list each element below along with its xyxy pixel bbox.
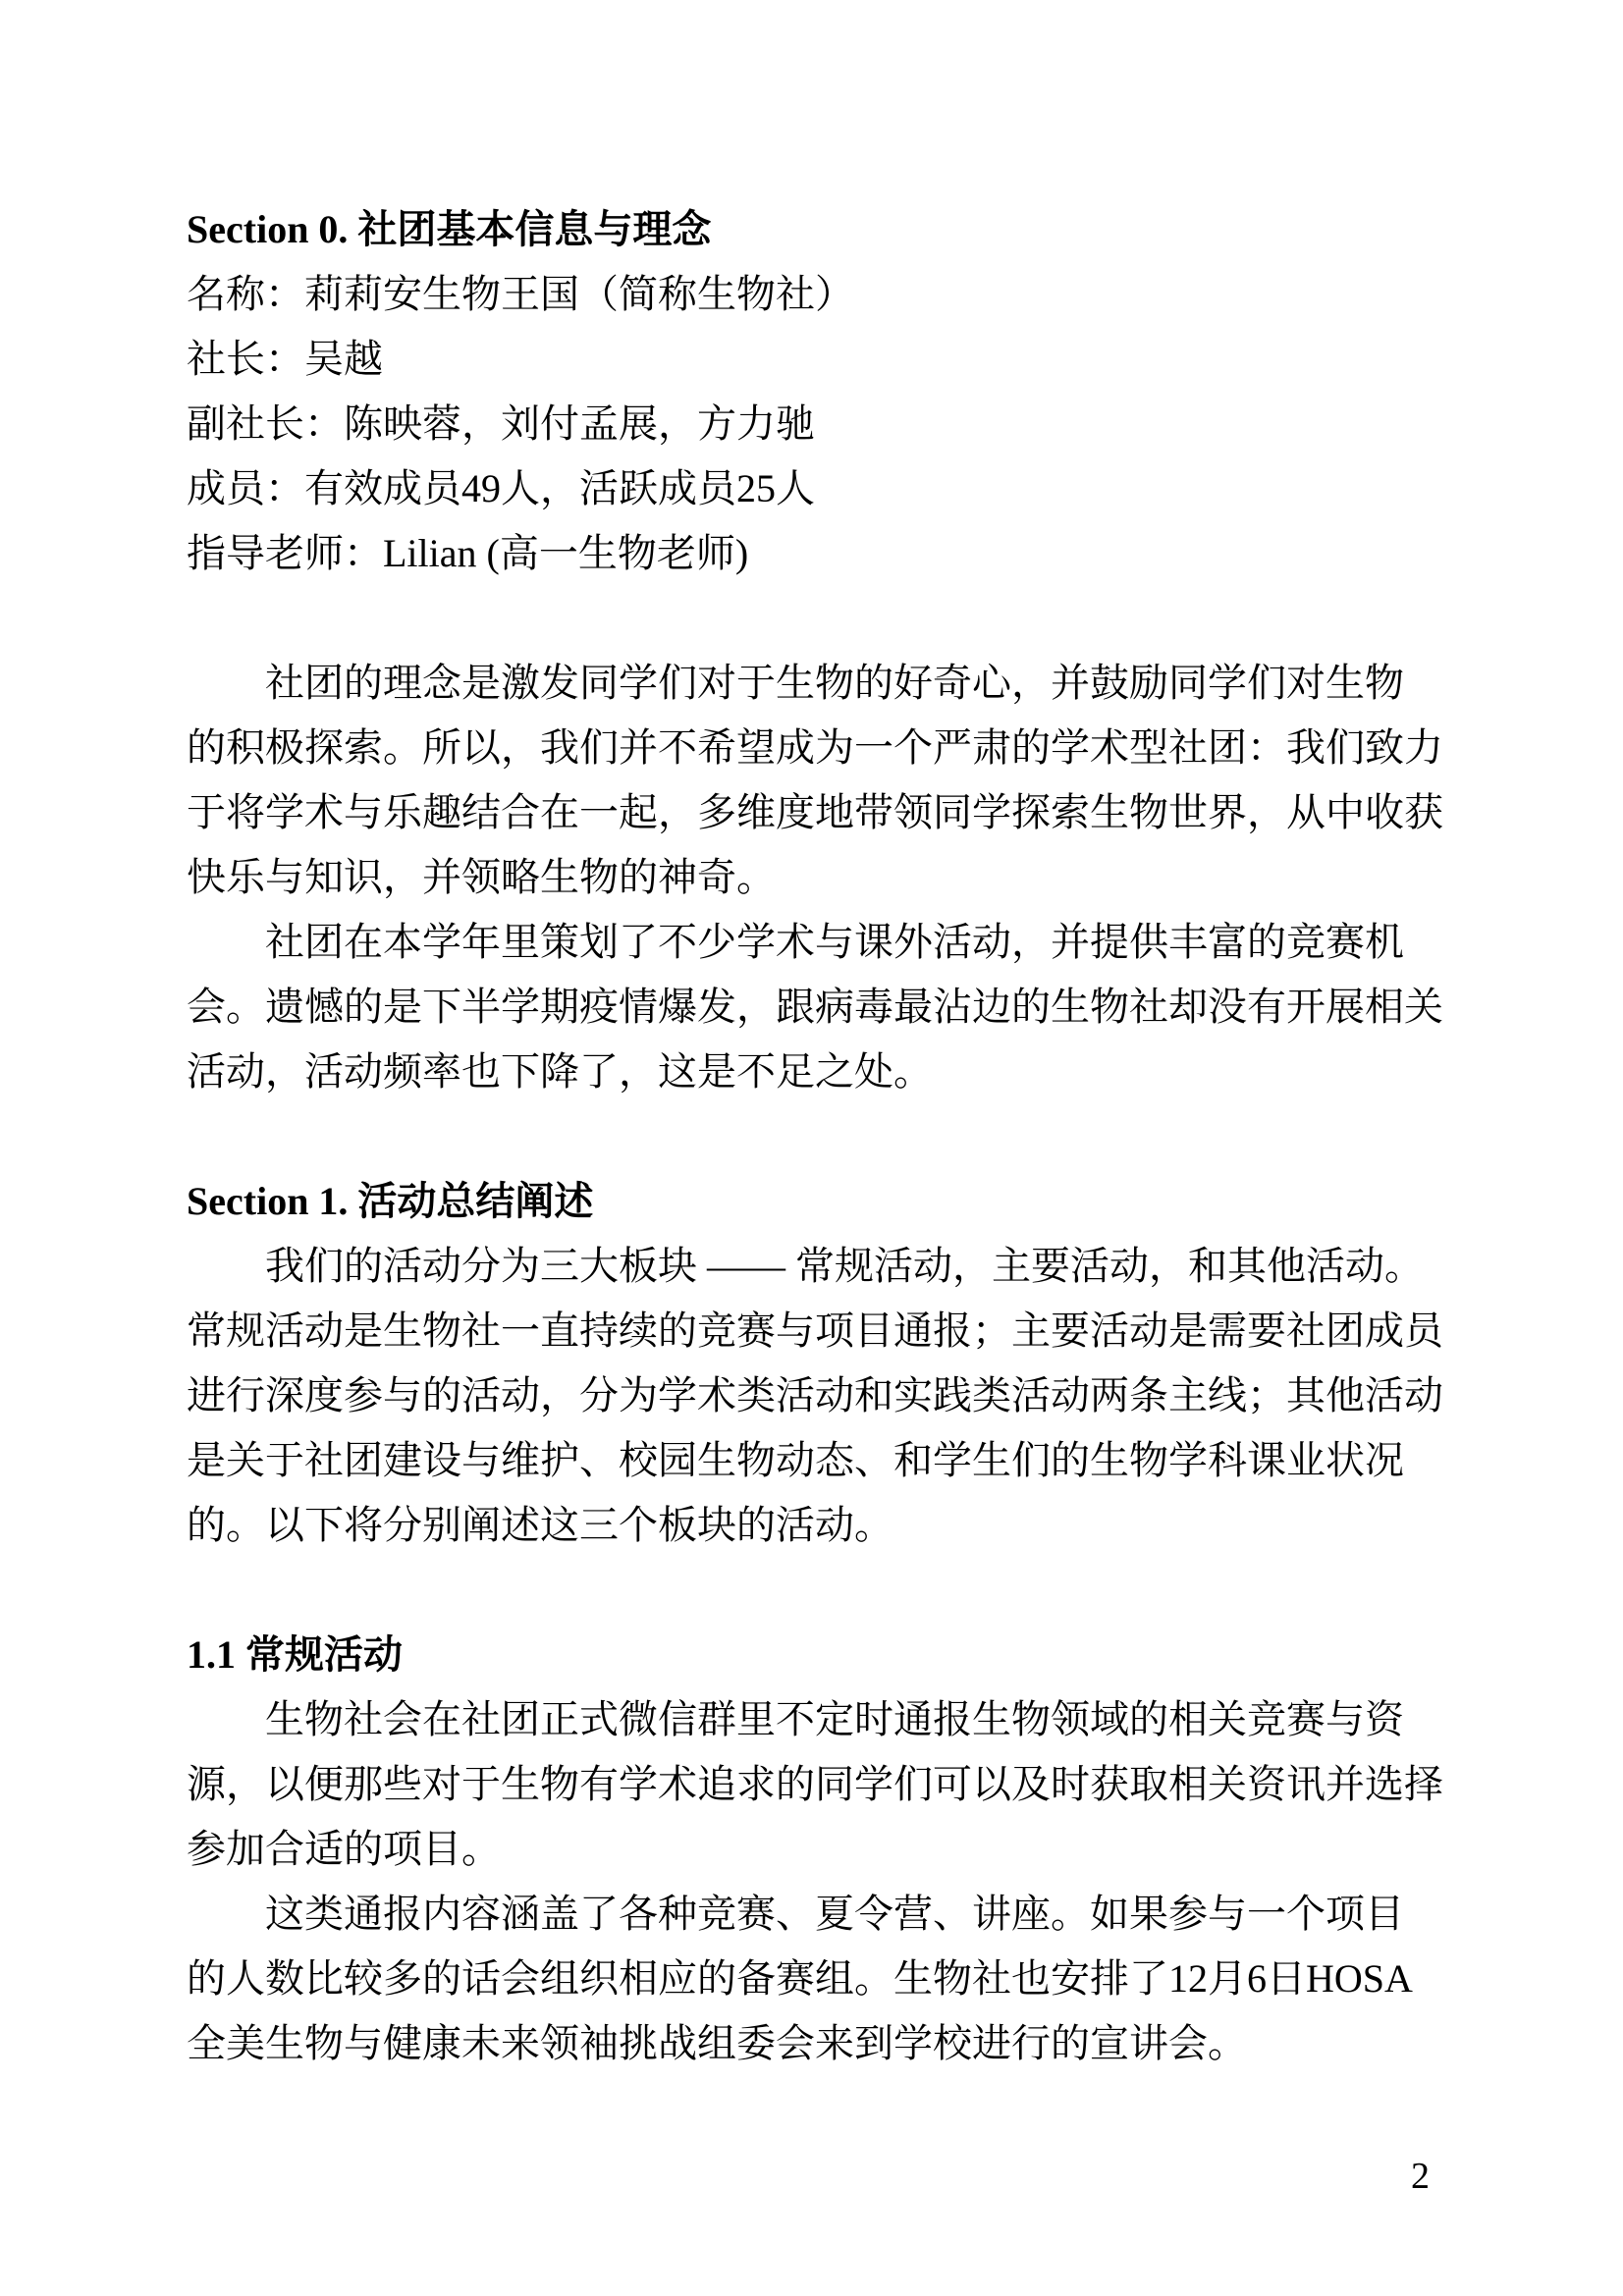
blank-line — [187, 586, 1420, 651]
info-line-members: 成员：有效成员49人，活跃成员25人 — [187, 456, 1420, 521]
paragraph-line: 的。以下将分别阐述这三个板块的活动。 — [187, 1493, 1420, 1558]
document-page: Section 0. 社团基本信息与理念 名称：莉莉安生物王国（简称生物社） 社… — [0, 0, 1623, 2296]
paragraph-line: 于将学术与乐趣结合在一起，多维度地带领同学探索生物世界，从中收获 — [187, 780, 1420, 845]
paragraph-line: 的积极探索。所以，我们并不希望成为一个严肃的学术型社团：我们致力 — [187, 716, 1420, 780]
paragraph-line: 快乐与知识，并领略生物的神奇。 — [187, 845, 1420, 910]
paragraph-line: 社团的理念是激发同学们对于生物的好奇心，并鼓励同学们对生物 — [187, 651, 1420, 716]
paragraph-line: 这类通报内容涵盖了各种竞赛、夏令营、讲座。如果参与一个项目 — [187, 1882, 1420, 1947]
paragraph-line: 会。遗憾的是下半学期疫情爆发，跟病毒最沾边的生物社却没有开展相关 — [187, 975, 1420, 1040]
info-line-vice-presidents: 副社长：陈映蓉，刘付孟展，方力驰 — [187, 392, 1420, 456]
paragraph-line: 源，以便那些对于生物有学术追求的同学们可以及时获取相关资讯并选择 — [187, 1752, 1420, 1817]
paragraph-line: 我们的活动分为三大板块 —— 常规活动，主要活动，和其他活动。 — [187, 1234, 1420, 1299]
section-0-heading: Section 0. 社团基本信息与理念 — [187, 197, 1420, 262]
info-line-advisor: 指导老师：Lilian (高一生物老师) — [187, 521, 1420, 586]
section-1-heading: Section 1. 活动总结阐述 — [187, 1169, 1420, 1234]
paragraph-line: 进行深度参与的活动，分为学术类活动和实践类活动两条主线；其他活动 — [187, 1363, 1420, 1428]
document-body: Section 0. 社团基本信息与理念 名称：莉莉安生物王国（简称生物社） 社… — [187, 197, 1420, 2076]
paragraph-line: 的人数比较多的话会组织相应的备赛组。生物社也安排了12月6日HOSA — [187, 1947, 1420, 2011]
blank-line — [187, 1558, 1420, 1623]
info-line-president: 社长：吴越 — [187, 327, 1420, 392]
blank-line — [187, 1104, 1420, 1169]
paragraph-line: 社团在本学年里策划了不少学术与课外活动，并提供丰富的竞赛机 — [187, 910, 1420, 975]
paragraph-line: 生物社会在社团正式微信群里不定时通报生物领域的相关竞赛与资 — [187, 1687, 1420, 1752]
paragraph-line: 参加合适的项目。 — [187, 1817, 1420, 1882]
paragraph-line: 常规活动是生物社一直持续的竞赛与项目通报；主要活动是需要社团成员 — [187, 1299, 1420, 1363]
info-line-name: 名称：莉莉安生物王国（简称生物社） — [187, 262, 1420, 327]
page-number: 2 — [1411, 2152, 1430, 2201]
subsection-1-1-heading: 1.1 常规活动 — [187, 1623, 1420, 1687]
paragraph-line: 活动，活动频率也下降了，这是不足之处。 — [187, 1040, 1420, 1104]
paragraph-line: 全美生物与健康未来领袖挑战组委会来到学校进行的宣讲会。 — [187, 2011, 1420, 2076]
paragraph-line: 是关于社团建设与维护、校园生物动态、和学生们的生物学科课业状况 — [187, 1428, 1420, 1493]
